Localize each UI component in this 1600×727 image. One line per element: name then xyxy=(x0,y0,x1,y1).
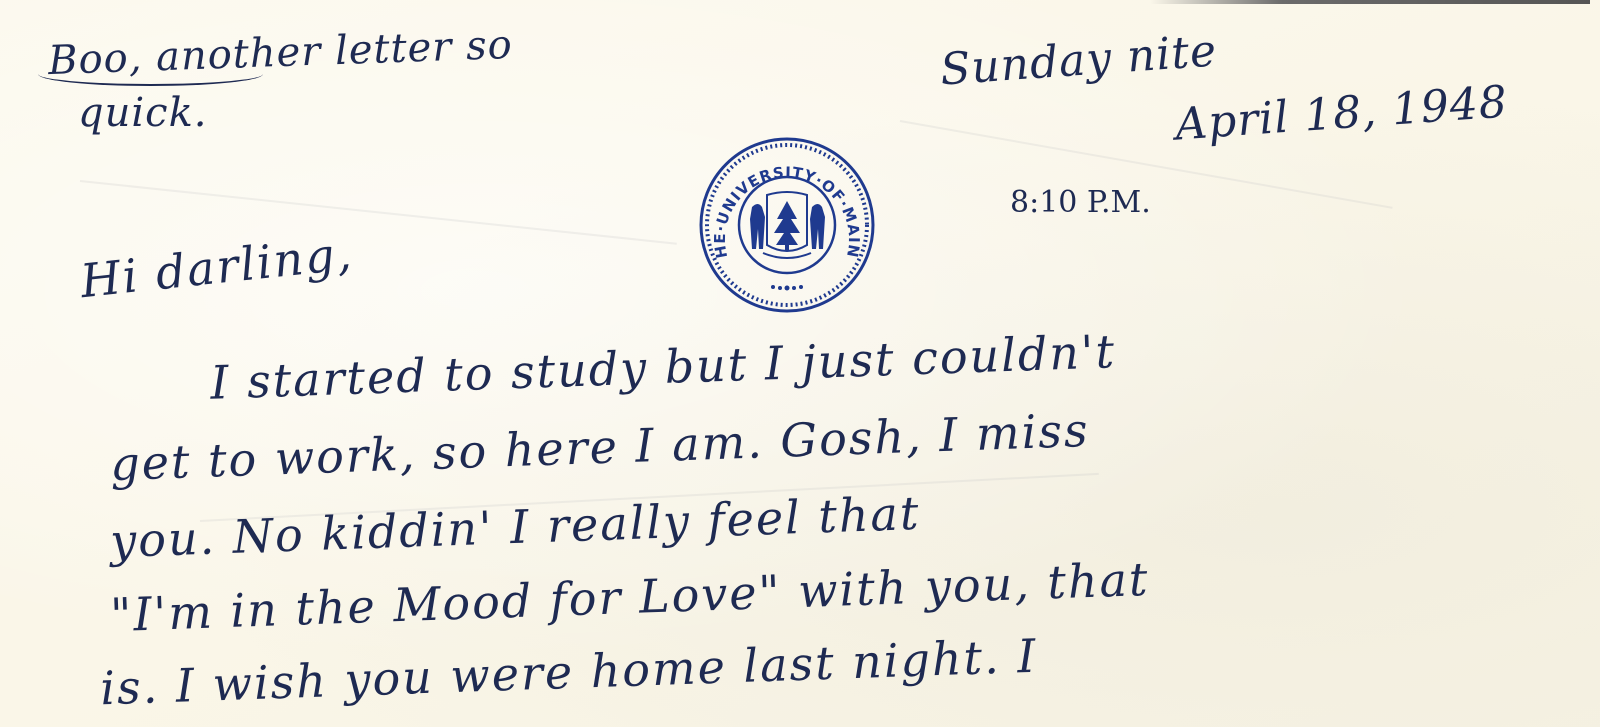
note-underline xyxy=(38,62,263,86)
paper-top-edge xyxy=(1150,0,1590,4)
top-note-line-2: quick. xyxy=(78,90,208,136)
university-seal-icon: THE·UNIVERSITY·OF·MAINE xyxy=(697,135,877,315)
time-written: 8:10 P.M. xyxy=(1010,185,1151,220)
